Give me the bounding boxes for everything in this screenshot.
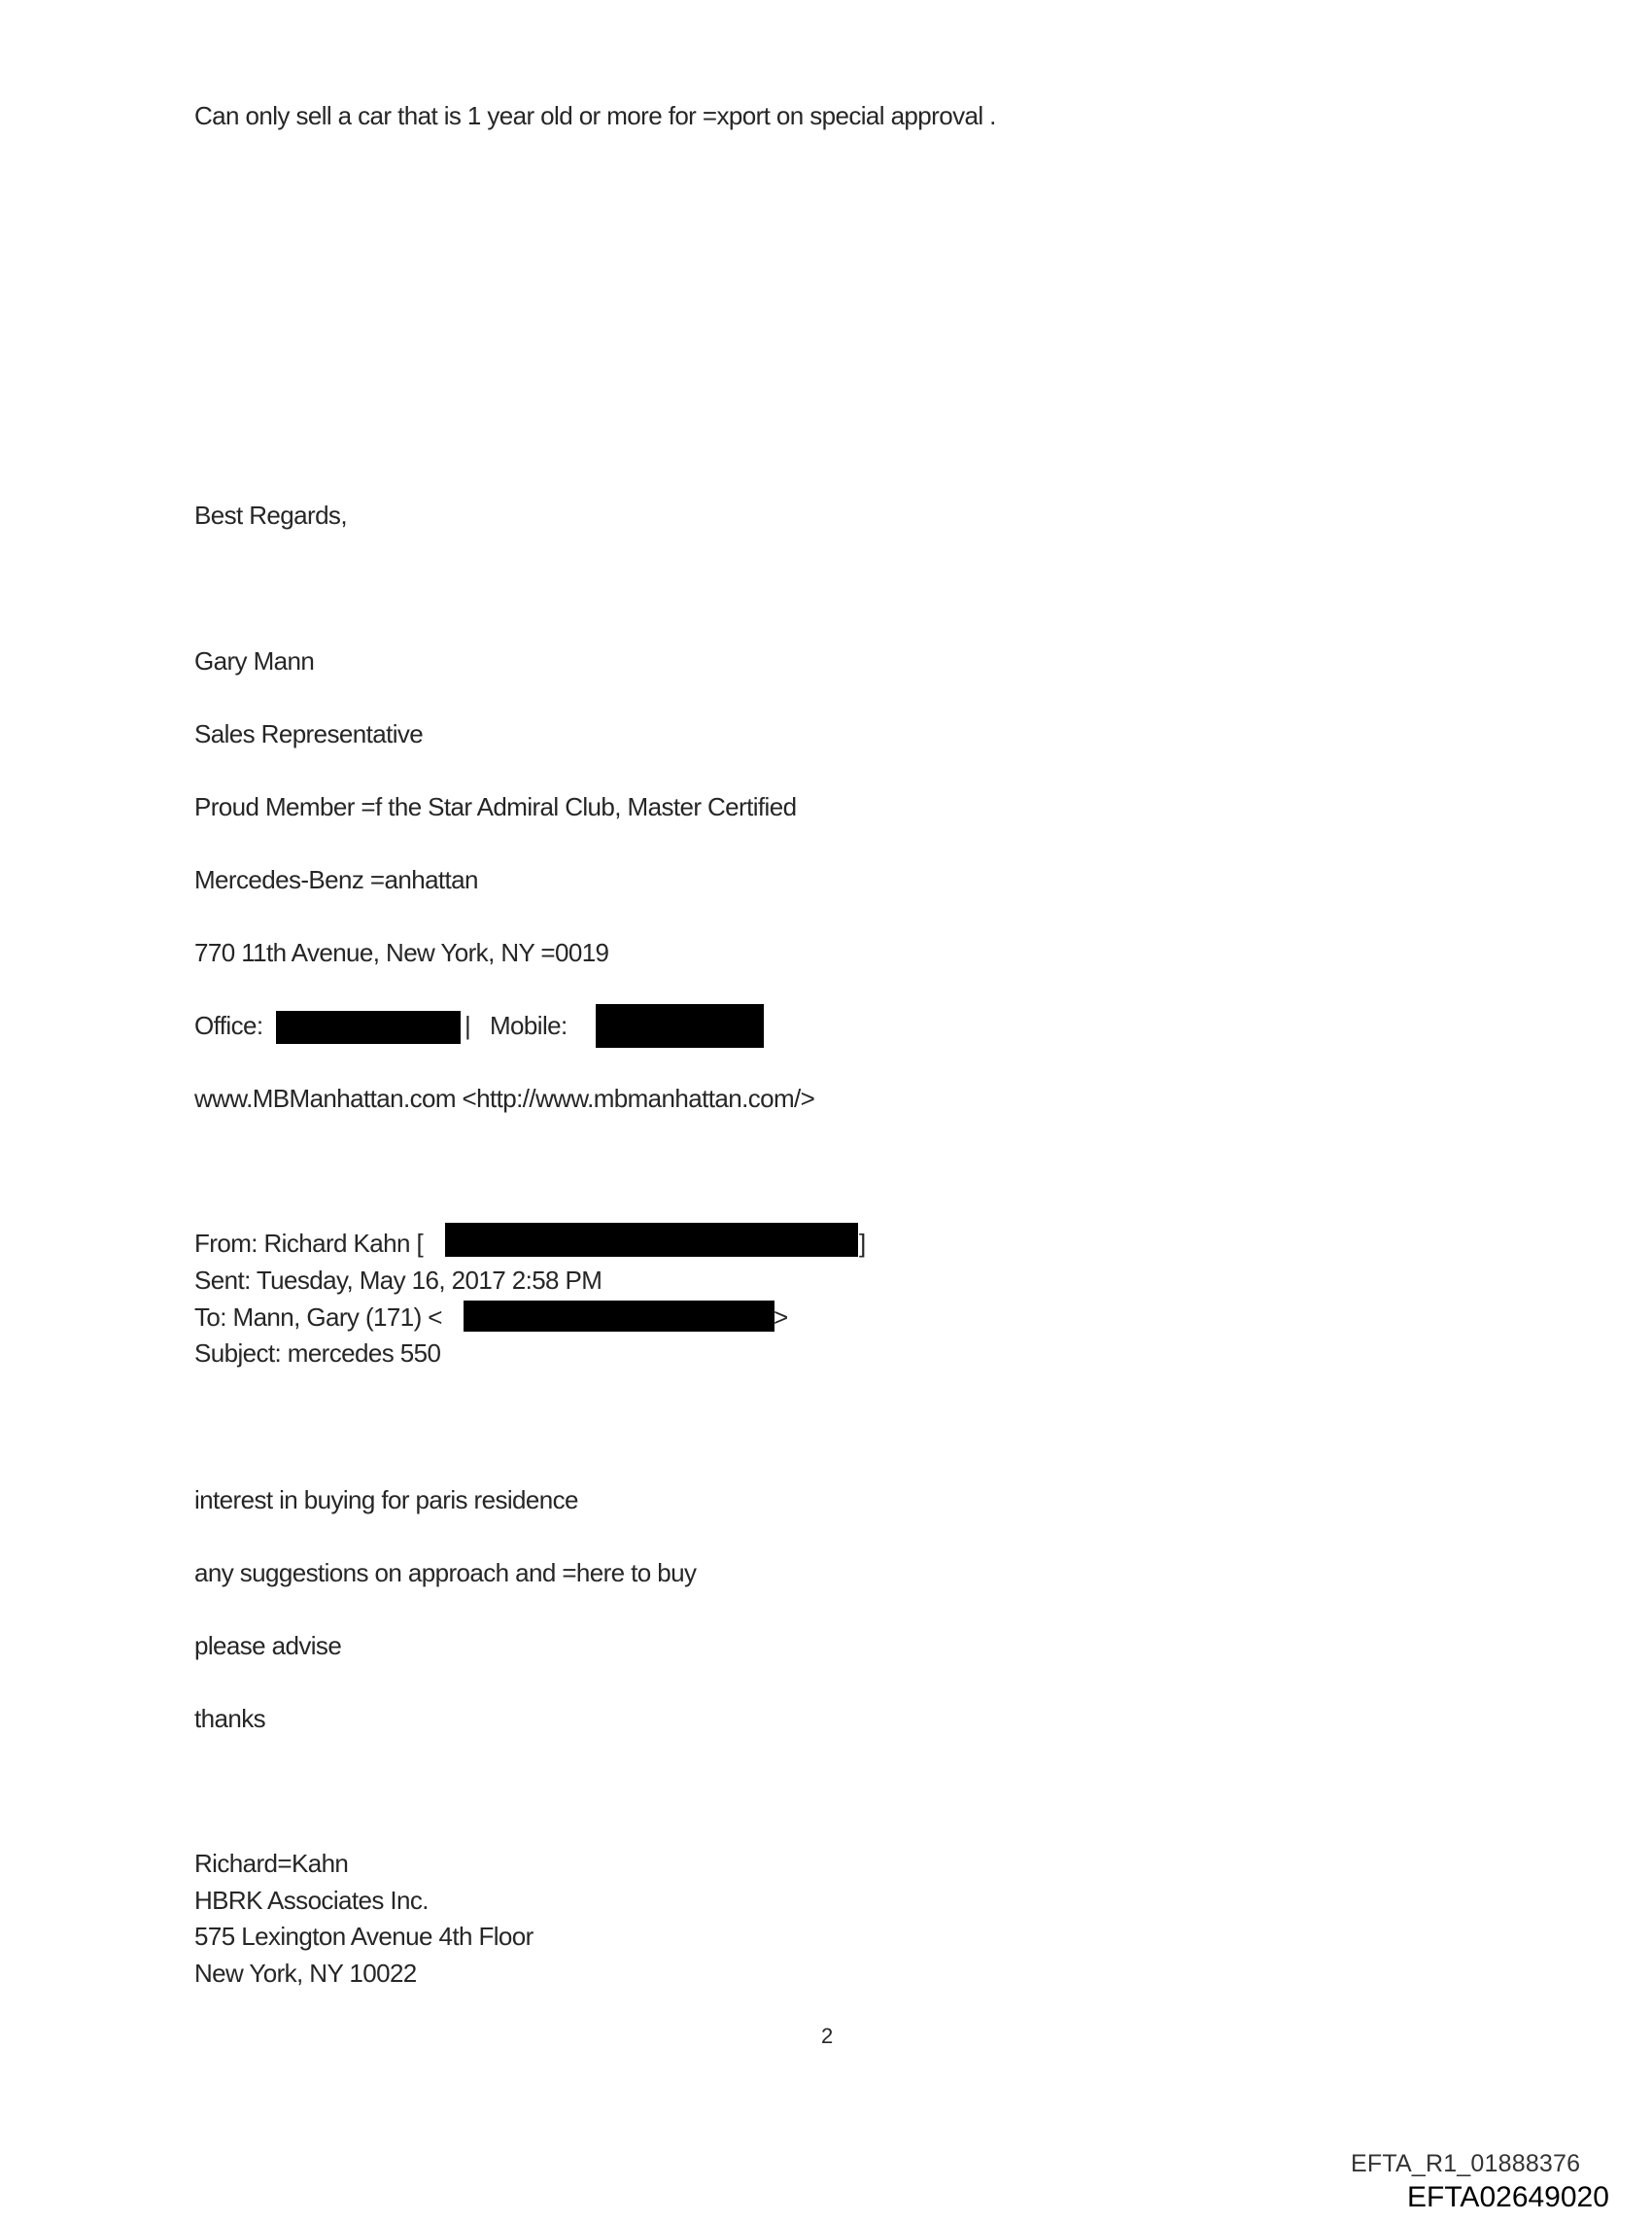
redaction-office-phone xyxy=(276,1011,461,1044)
body-line-3: please advise xyxy=(194,1631,341,1660)
sender-signature-company: HBRK Associates Inc. xyxy=(194,1886,429,1915)
dealer-address: 770 11th Avenue, New York, NY =0019 xyxy=(194,938,608,967)
body-line-1: interest in buying for paris residence xyxy=(194,1485,578,1514)
body-line-4: thanks xyxy=(194,1704,265,1733)
header-to: To: Mann, Gary (171) < xyxy=(194,1302,442,1332)
header-subject: Subject: mercedes 550 xyxy=(194,1338,440,1368)
website-link[interactable]: www.MBManhattan.com <http://www.mbmanhat… xyxy=(194,1084,814,1113)
header-to-close: > xyxy=(774,1302,788,1332)
signer-title: Sales Representative xyxy=(194,719,423,748)
body-text-export-note: Can only sell a car that is 1 year old o… xyxy=(194,101,996,130)
body-line-2: any suggestions on approach and =here to… xyxy=(194,1558,696,1587)
bates-number-secondary: EFTA02649020 xyxy=(1407,2181,1609,2214)
mobile-label: Mobile: xyxy=(490,1011,568,1040)
phone-separator: | xyxy=(465,1011,470,1040)
dealer-name: Mercedes-Benz =anhattan xyxy=(194,865,478,894)
sender-signature-street: 575 Lexington Avenue 4th Floor xyxy=(194,1922,533,1951)
signer-name: Gary Mann xyxy=(194,646,314,676)
document-page: Can only sell a car that is 1 year old o… xyxy=(0,0,1652,2222)
sender-signature-city: New York, NY 10022 xyxy=(194,1959,417,1988)
page-number: 2 xyxy=(821,2024,833,2049)
closing: Best Regards, xyxy=(194,501,347,530)
header-from-close: ] xyxy=(859,1229,866,1258)
office-label: Office: xyxy=(194,1011,262,1040)
redaction-mobile-phone xyxy=(596,1004,764,1048)
redaction-from-email xyxy=(445,1223,858,1257)
signer-membership: Proud Member =f the Star Admiral Club, M… xyxy=(194,792,796,821)
redaction-to-email xyxy=(464,1301,774,1332)
header-from: From: Richard Kahn [ xyxy=(194,1229,423,1258)
sender-signature-name: Richard=Kahn xyxy=(194,1849,348,1878)
header-sent: Sent: Tuesday, May 16, 2017 2:58 PM xyxy=(194,1266,602,1295)
bates-number-primary: EFTA_R1_01888376 xyxy=(1351,2150,1580,2178)
